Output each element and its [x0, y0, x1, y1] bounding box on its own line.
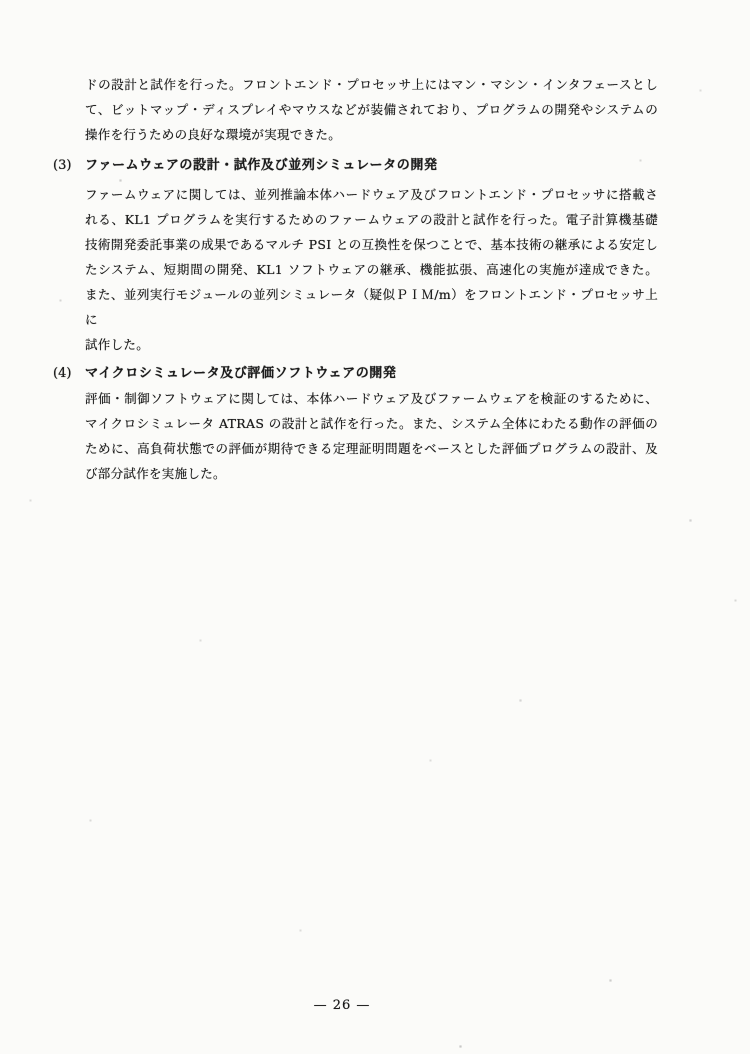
paragraph-line: ドの設計と試作を行った。フロントエンド・プロセッサ上にはマン・マシン・インタフェ…: [85, 72, 658, 97]
section-heading-4: (4) マイクロシミュレータ及び評価ソフトウェアの開発: [85, 361, 658, 386]
body-line: たシステム、短期間の開発、KL1 ソフトウェアの継承、機能拡張、高速化の実施が達…: [85, 257, 658, 282]
body-line: ファームウェアに関しては、並列推論本体ハードウェア及びフロントエンド・プロセッサ…: [85, 182, 658, 207]
page-footer: — 26 —: [0, 997, 684, 1015]
body-line: れる、KL1 プログラムを実行するためのファームウェアの設計と試作を行った。電子…: [85, 207, 658, 232]
paragraph-line: 操作を行うための良好な環境が実現できた。: [85, 122, 658, 147]
body-line: 評価・制御ソフトウェアに関しては、本体ハードウェア及びファームウェアを検証のする…: [85, 386, 658, 411]
body-line: また、並列実行モジュールの並列シミュレータ（疑似ＰＩＭ/m）をフロントエンド・プ…: [85, 282, 658, 332]
section-number: (3): [53, 153, 71, 178]
body-line: マイクロシミュレータ ATRAS の設計と試作を行った。また、システム全体にわた…: [85, 411, 658, 436]
body-line: 試作した。: [85, 332, 658, 357]
section-title: マイクロシミュレータ及び評価ソフトウェアの開発: [85, 366, 397, 381]
scan-noise: [0, 0, 1, 1]
section-title: ファームウェアの設計・試作及び並列シミュレータの開発: [85, 158, 438, 173]
page-content: ドの設計と試作を行った。フロントエンド・プロセッサ上にはマン・マシン・インタフェ…: [85, 72, 658, 486]
scanned-document-page: ドの設計と試作を行った。フロントエンド・プロセッサ上にはマン・マシン・インタフェ…: [0, 0, 750, 1054]
page-number: — 26 —: [314, 998, 371, 1013]
body-line: 技術開発委託事業の成果であるマルチ PSI との互換性を保つことで、基本技術の継…: [85, 232, 658, 257]
section-number: (4): [53, 361, 71, 386]
section-heading-3: (3) ファームウェアの設計・試作及び並列シミュレータの開発: [85, 153, 658, 178]
body-line: び部分試作を実施した。: [85, 461, 658, 486]
body-line: ために、高負荷状態での評価が期待できる定理証明問題をベースとした評価プログラムの…: [85, 436, 658, 461]
paragraph-line: て、ビットマップ・ディスプレイやマウスなどが装備されており、プログラムの開発やシ…: [85, 97, 658, 122]
